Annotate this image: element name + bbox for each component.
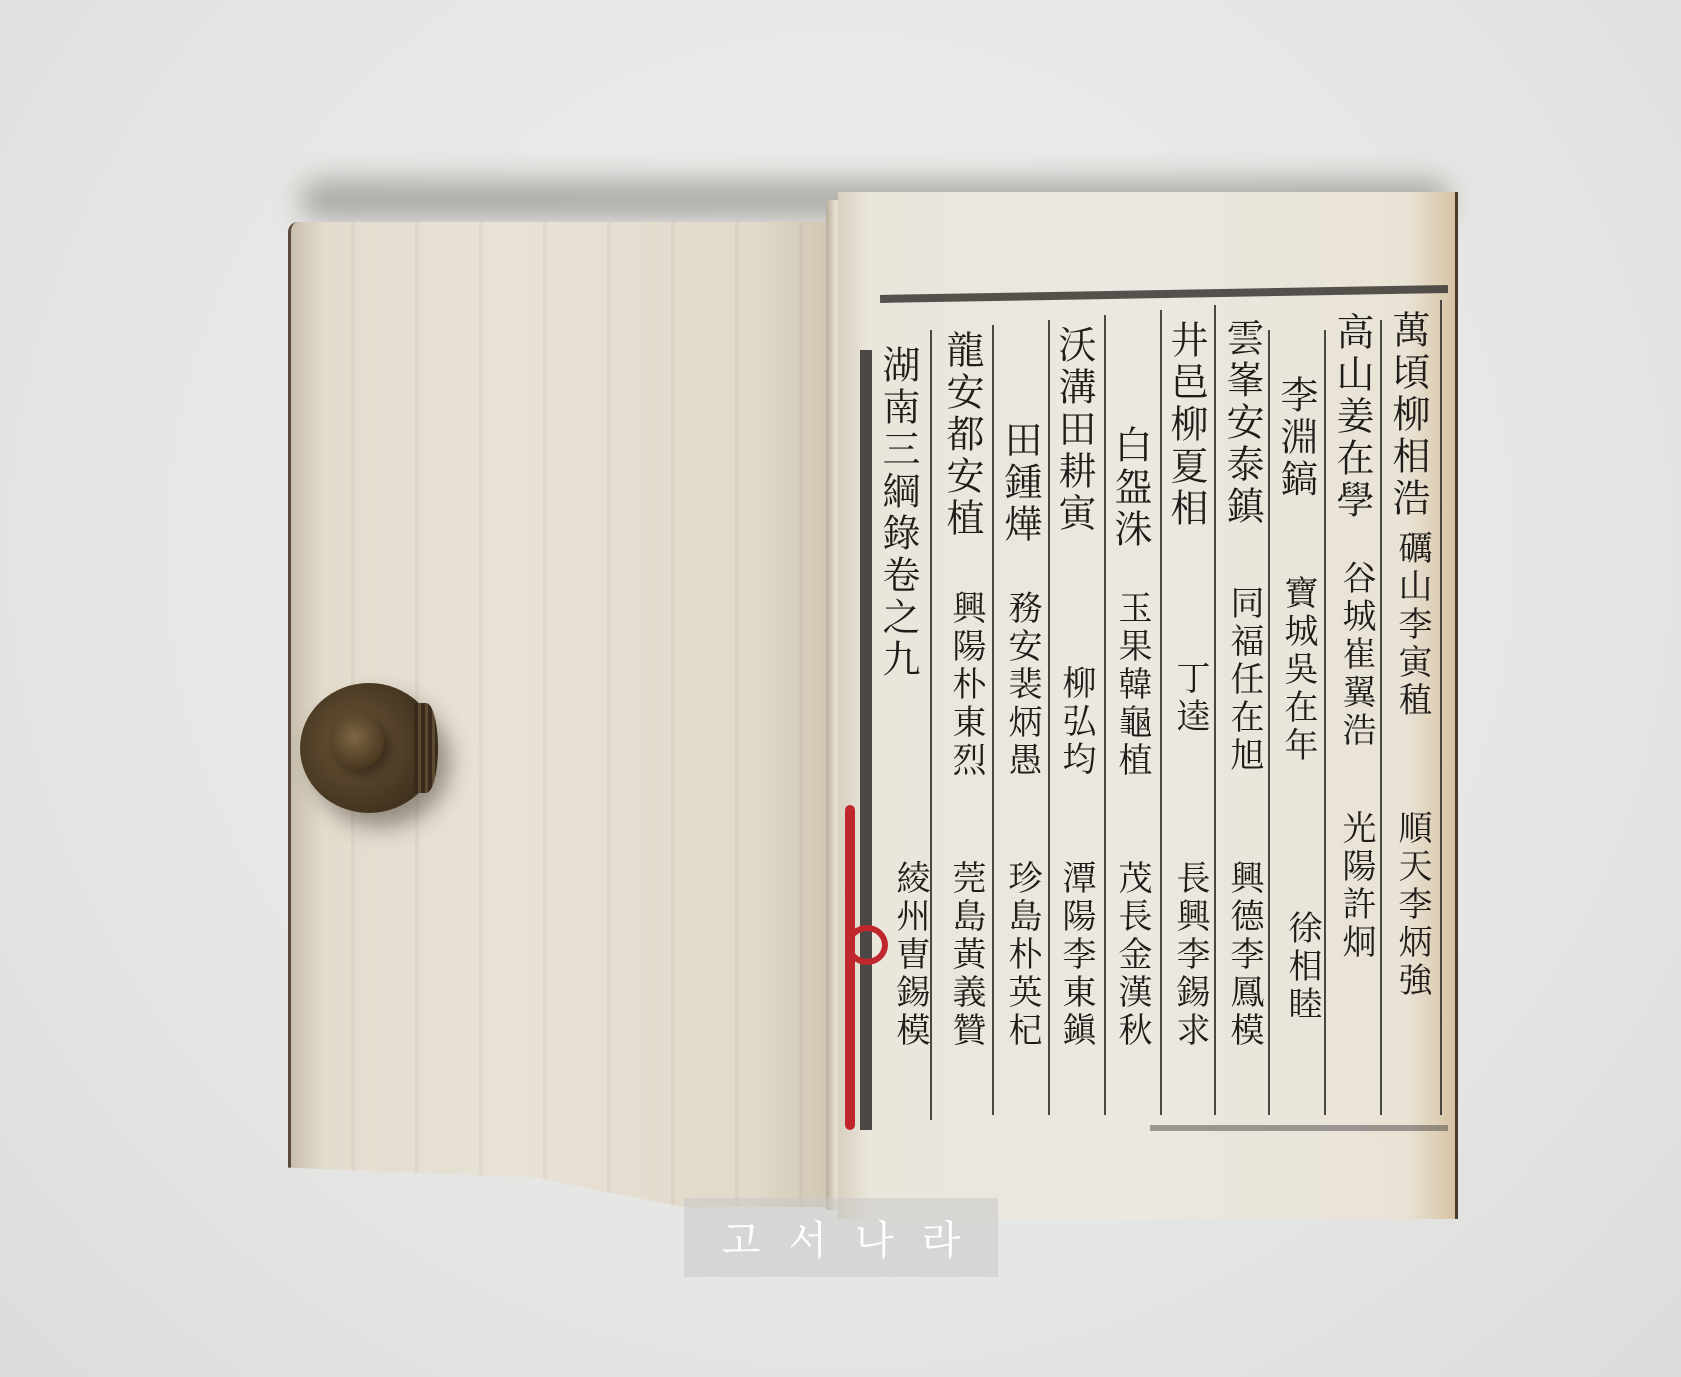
text-column-3-bottom: 徐相睦 <box>1280 910 1324 1024</box>
text-column-1-top: 萬頃柳相浩 <box>1386 310 1430 520</box>
text-column-9-middle: 興陽朴東烈 <box>944 590 988 780</box>
text-column-2-top: 高山姜在學 <box>1330 312 1374 522</box>
text-column-9-bottom: 莞島黃義贊 <box>944 860 988 1050</box>
red-cord-loop <box>846 925 888 965</box>
text-column-7-bottom: 潭陽李東鎭 <box>1054 860 1098 1050</box>
column-rule <box>992 325 994 1115</box>
text-column-4-bottom: 興德李鳳模 <box>1222 860 1266 1050</box>
text-column-7-middle: 柳弘均 <box>1054 665 1098 779</box>
text-column-8-top: 田鍾燁 <box>998 420 1042 546</box>
column-rule <box>1048 320 1050 1115</box>
book-title-column: 湖南三綱錄卷之九 <box>876 345 920 681</box>
text-column-7-top: 沃溝田耕寅 <box>1052 325 1096 535</box>
column-rule <box>1214 305 1216 1115</box>
watermark-text: 고서나라 <box>694 1209 989 1266</box>
text-column-3-middle: 寶城吳在年 <box>1276 575 1320 765</box>
text-column-4-middle: 同福任在旭 <box>1222 585 1266 775</box>
column-rule <box>1440 300 1442 1115</box>
text-column-2-bottom: 光陽許炯 <box>1334 810 1378 962</box>
print-border-bottom <box>1150 1125 1448 1131</box>
text-column-1-bottom: 順天李炳強 <box>1390 810 1434 1000</box>
text-column-8-middle: 務安裴炳愚 <box>1000 590 1044 780</box>
weight-ridges <box>414 703 438 793</box>
brass-book-weight <box>300 683 438 813</box>
text-column-5-top: 井邑柳夏相 <box>1164 320 1208 530</box>
text-column-6-middle: 玉果韓龜植 <box>1110 590 1154 780</box>
text-column-6-top: 白盌洙 <box>1108 425 1152 551</box>
text-column-6-bottom: 茂長金漢秋 <box>1110 860 1154 1050</box>
column-rule <box>1268 330 1270 1115</box>
text-column-2-middle: 谷城崔翼浩 <box>1334 560 1378 750</box>
text-column-5-bottom: 長興李錫求 <box>1168 860 1212 1050</box>
text-column-4-top: 雲峯安泰鎮 <box>1220 318 1264 528</box>
text-column-8-bottom: 珍島朴英杞 <box>1000 860 1044 1050</box>
red-binding-cord <box>845 805 855 1130</box>
column-rule <box>1104 315 1106 1115</box>
weight-knob <box>330 715 384 769</box>
print-border-left <box>860 350 872 1130</box>
column-rule <box>1380 320 1382 1115</box>
text-column-3-top: 李淵鎬 <box>1274 375 1318 501</box>
watermark: 고서나라 <box>684 1198 998 1277</box>
column-rule <box>1324 330 1326 1115</box>
text-column-1-middle: 礪山李寅稙 <box>1390 530 1434 720</box>
text-column-10-bottom: 綾州曺錫模 <box>888 860 932 1050</box>
column-rule <box>1160 310 1162 1115</box>
text-column-5-middle: 丁逵 <box>1168 660 1212 736</box>
text-column-9-top: 龍安都安植 <box>940 330 984 540</box>
